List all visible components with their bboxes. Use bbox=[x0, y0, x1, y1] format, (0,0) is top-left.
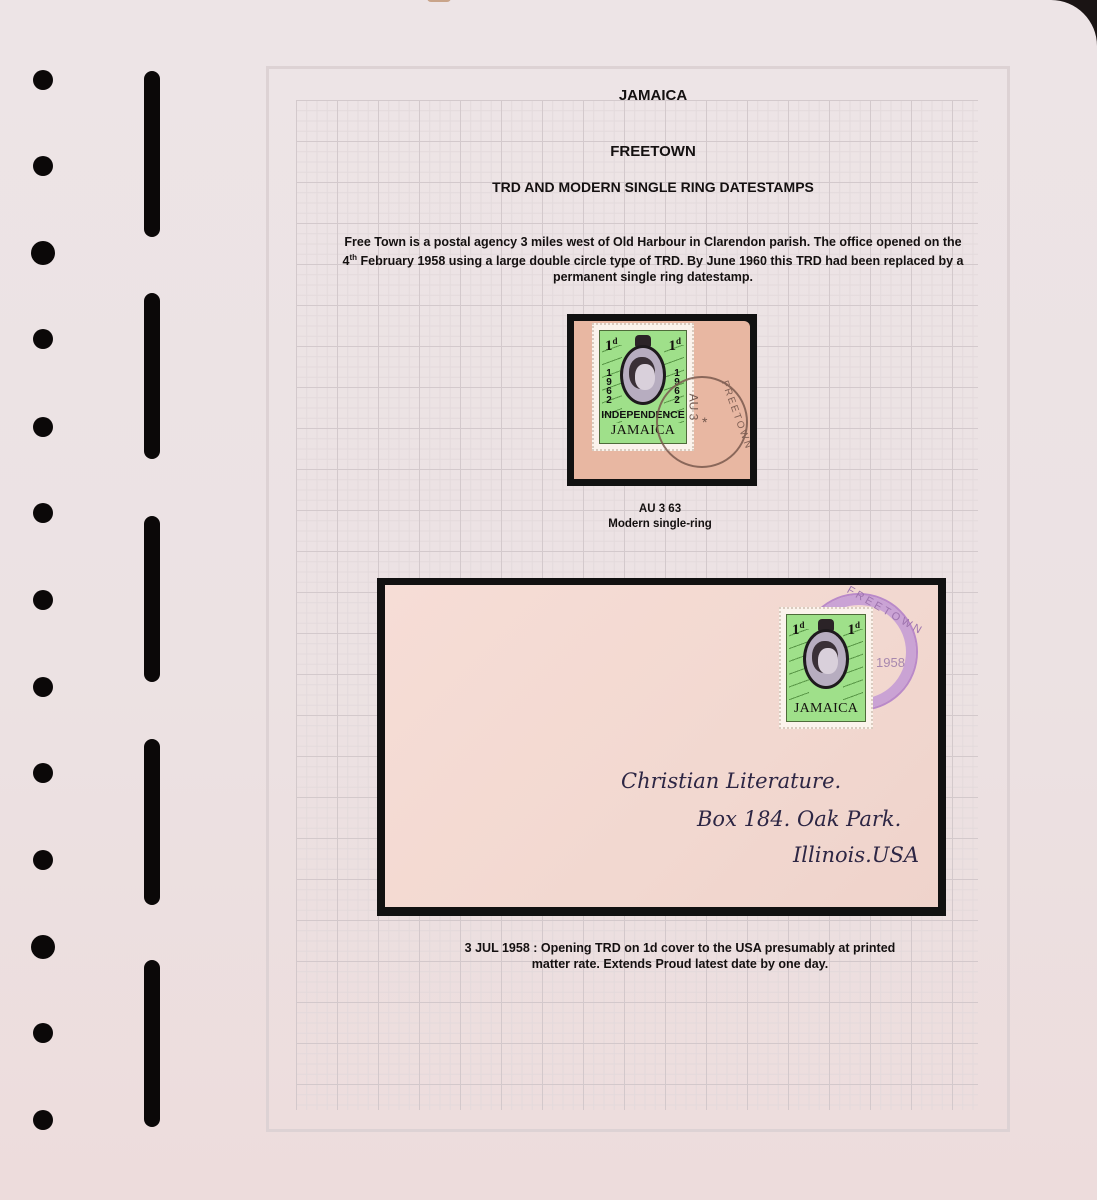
page-town-heading: FREETOWN bbox=[300, 143, 1006, 160]
stamp-value: 1d bbox=[792, 620, 805, 639]
intro-text: February 1958 using a large double circl… bbox=[357, 254, 963, 268]
punch-hole bbox=[33, 70, 53, 90]
punch-hole bbox=[33, 850, 53, 870]
stamp-value: 1d bbox=[847, 620, 860, 639]
binder-slot bbox=[144, 71, 160, 237]
piece-caption-description: Modern single-ring bbox=[560, 517, 760, 532]
punch-hole bbox=[33, 329, 53, 349]
piece-caption-date: AU 3 63 bbox=[560, 502, 760, 517]
cover-caption-line: 3 JUL 1958 : Opening TRD on 1d cover to … bbox=[400, 940, 960, 956]
envelope-cover: FREETOWN 1958 1d 1d JAMAICA Christian Li… bbox=[385, 585, 938, 907]
punch-hole bbox=[33, 763, 53, 783]
stamp-value: 1d bbox=[668, 336, 681, 355]
intro-paragraph: Free Town is a postal agency 3 miles wes… bbox=[320, 234, 986, 285]
address-line: Illinois.USA bbox=[793, 843, 919, 867]
address-line: Box 184. Oak Park. bbox=[697, 807, 901, 831]
cover-mount: FREETOWN 1958 1d 1d JAMAICA Christian Li… bbox=[377, 578, 946, 916]
stamp-mount: 1d 1d 1962 1962 INDEPENDENCE JAMAICA AU … bbox=[567, 314, 757, 486]
punch-hole bbox=[33, 1110, 53, 1130]
address-line: Christian Literature. bbox=[621, 769, 841, 793]
stamp-design: 1d 1d JAMAICA bbox=[786, 614, 866, 722]
cover-caption: 3 JUL 1958 : Opening TRD on 1d cover to … bbox=[400, 940, 960, 972]
stamp-country: JAMAICA bbox=[787, 701, 865, 717]
stamp: 1d 1d JAMAICA bbox=[779, 607, 873, 729]
page-subject-heading: TRD AND MODERN SINGLE RING DATESTAMPS bbox=[300, 179, 1006, 195]
queen-portrait bbox=[803, 629, 849, 689]
binder-tab bbox=[427, 0, 451, 2]
punch-hole bbox=[31, 241, 55, 265]
punch-hole bbox=[33, 503, 53, 523]
page-country-heading: JAMAICA bbox=[300, 87, 1006, 104]
postmark-town: FREETOWN bbox=[719, 379, 750, 451]
intro-line: permanent single ring datestamp. bbox=[320, 269, 986, 285]
intro-line: Free Town is a postal agency 3 miles wes… bbox=[320, 234, 986, 250]
punch-hole bbox=[33, 1023, 53, 1043]
punch-hole bbox=[31, 935, 55, 959]
binder-slot bbox=[144, 516, 160, 682]
album-page: JAMAICA FREETOWN TRD AND MODERN SINGLE R… bbox=[0, 0, 1097, 1200]
binder-slot bbox=[144, 293, 160, 459]
single-ring-postmark: AU 3 * FREETOWN bbox=[656, 376, 748, 468]
intro-line: 4th February 1958 using a large double c… bbox=[320, 250, 986, 269]
stamp-on-piece: 1d 1d 1962 1962 INDEPENDENCE JAMAICA AU … bbox=[574, 321, 750, 479]
intro-superscript: th bbox=[349, 253, 357, 262]
punch-hole bbox=[33, 417, 53, 437]
piece-caption: AU 3 63 Modern single-ring bbox=[560, 502, 760, 532]
binder-slot bbox=[144, 739, 160, 905]
stamp-value: 1d bbox=[605, 336, 618, 355]
postmark-year: 1958 bbox=[876, 655, 905, 670]
queen-portrait bbox=[620, 345, 666, 405]
postmark-date: AU 3 bbox=[686, 394, 700, 421]
cover-caption-line: matter rate. Extends Proud latest date b… bbox=[400, 956, 960, 972]
punch-hole bbox=[33, 677, 53, 697]
punch-hole bbox=[33, 590, 53, 610]
postmark-star: * bbox=[702, 414, 707, 430]
overprint-year: 1962 bbox=[605, 369, 613, 405]
punch-hole bbox=[33, 156, 53, 176]
binder-slot bbox=[144, 960, 160, 1127]
